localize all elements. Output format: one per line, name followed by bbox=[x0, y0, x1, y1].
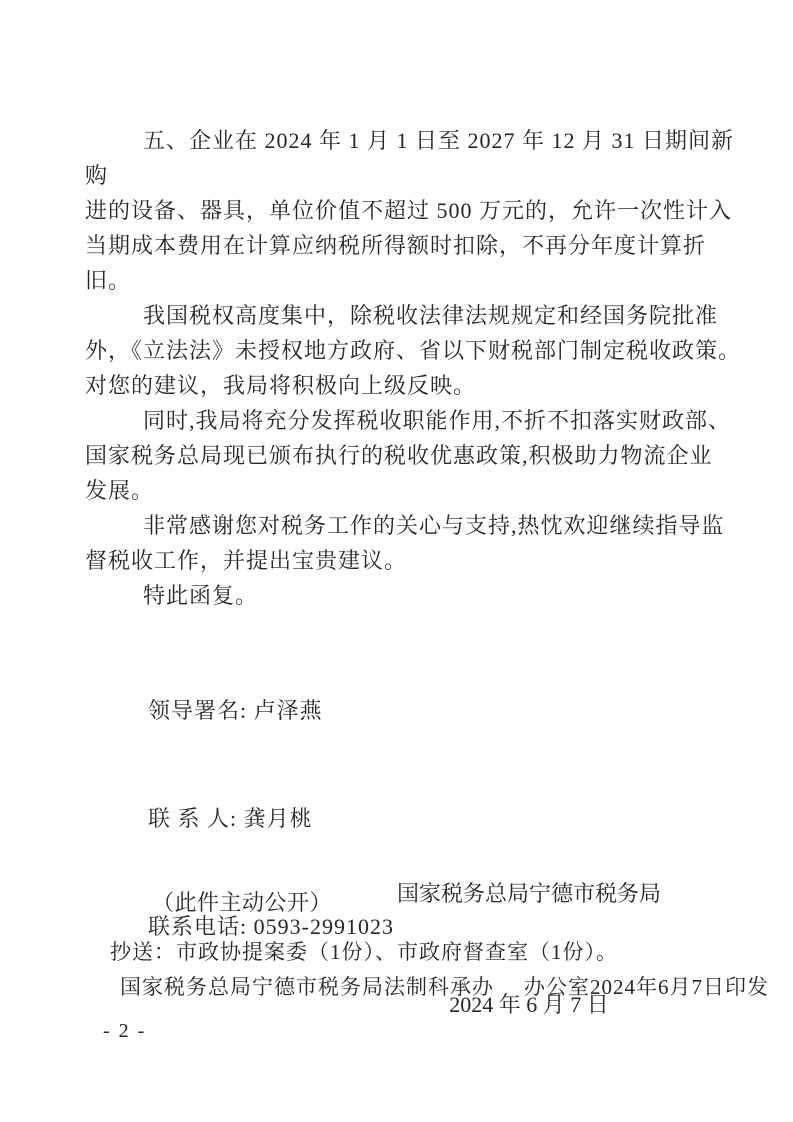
body-paragraph-closing: 特此函复。 bbox=[85, 578, 745, 613]
body-paragraph-4: 非常感谢您对税务工作的关心与支持,热忱欢迎继续指导监 督税收工作，并提出宝贵建议… bbox=[85, 508, 745, 578]
page-number: - 2 - bbox=[103, 1016, 146, 1046]
body-paragraph-2: 我国税权高度集中，除税收法律法规规定和经国务院批准 外，《立法法》未授权地方政府… bbox=[85, 298, 745, 403]
cc-line: 抄送：市政协提案委（1份）、市政府督查室（1份）。 bbox=[110, 936, 618, 968]
letter-body: 五、企业在 2024 年 1 月 1 日至 2027 年 12 月 31 日期间… bbox=[85, 123, 745, 613]
contact-person-line: 联 系 人: 龚月桃 bbox=[148, 801, 394, 837]
document-page: 五、企业在 2024 年 1 月 1 日至 2027 年 12 月 31 日期间… bbox=[0, 0, 793, 1122]
imprint-line: 国家税务总局宁德市税务局法制科承办 办公室2024年6月7日印发 bbox=[120, 971, 769, 1003]
imprint-print-info: 办公室2024年6月7日印发 bbox=[524, 971, 769, 1003]
leader-signature-line: 领导署名: 卢泽燕 bbox=[148, 693, 394, 729]
imprint-undertaker: 国家税务总局宁德市税务局法制科承办 bbox=[120, 971, 494, 1003]
body-paragraph-1: 五、企业在 2024 年 1 月 1 日至 2027 年 12 月 31 日期间… bbox=[85, 123, 745, 298]
disclosure-note: （此件主动公开） bbox=[152, 885, 332, 921]
issuer-org-name: 国家税务总局宁德市税务局 bbox=[396, 875, 662, 912]
body-paragraph-3: 同时,我局将充分发挥税收职能作用,不折不扣落实财政部、 国家税务总局现已颁布执行… bbox=[85, 403, 745, 508]
